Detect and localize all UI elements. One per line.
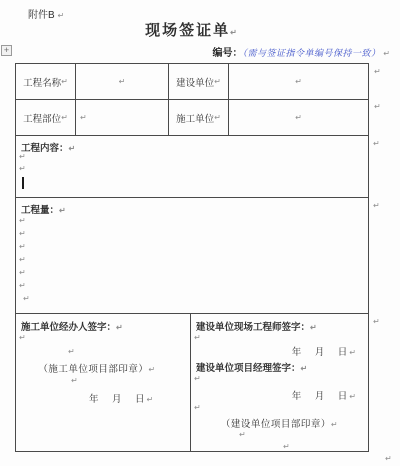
row-end-mark: ↵	[373, 202, 380, 210]
paragraph-mark: ↵	[148, 365, 155, 374]
paragraph-mark: ↵	[194, 375, 201, 383]
paragraph-mark: ↵	[19, 165, 26, 173]
paragraph-mark: ↵	[68, 348, 75, 356]
table-move-handle-icon[interactable]: +	[1, 45, 12, 56]
paragraph-mark: ↵	[194, 334, 201, 342]
paragraph-mark: ↵	[80, 114, 87, 122]
page-title: 现场签证单↵	[0, 19, 384, 40]
document-page: 附件B ↵ 现场签证单↵ 编号：（需与签证指令单编号保持一致） ↵ + 工程名称…	[0, 0, 400, 466]
contractor-signature-cell[interactable]: 施工单位经办人签字：↵ ↵ ↵ （施工单位项目部印章）↵ ↵ 年 月 日↵	[16, 314, 191, 451]
paragraph-mark: ↵	[295, 114, 302, 122]
paragraph-mark: ↵	[19, 256, 26, 264]
project-content-row[interactable]: 工程内容：↵ ↵ ↵	[16, 136, 368, 198]
project-name-field[interactable]: ↵	[76, 64, 169, 99]
quantity-row[interactable]: 工程量：↵ ↵ ↵ ↵ ↵ ↵ ↵ ↵	[16, 198, 368, 314]
paragraph-mark: ↵	[69, 144, 76, 153]
contractor-sign-label: 施工单位经办人签字：↵	[21, 319, 123, 333]
paragraph-mark: ↵	[19, 243, 26, 251]
paragraph-mark: ↵	[23, 295, 30, 303]
row-end-mark: ↵	[385, 455, 392, 463]
project-name-label: 工程名称↵	[16, 64, 76, 99]
paragraph-mark: ↵	[349, 348, 358, 357]
paragraph-mark: ↵	[295, 78, 302, 86]
form-number-line: 编号：（需与签证指令单编号保持一致） ↵	[213, 44, 391, 59]
paragraph-mark: ↵	[283, 443, 290, 451]
row-end-mark: ↵	[373, 140, 380, 148]
paragraph-mark: ↵	[301, 364, 308, 373]
paragraph-mark: ↵	[119, 78, 126, 86]
owner-seal-note: （建设单位项目部印章）↵	[191, 416, 368, 430]
number-label: 编号：	[213, 48, 243, 59]
project-content-label: 工程内容：↵	[21, 140, 75, 154]
paragraph-mark: ↵	[71, 377, 78, 385]
paragraph-mark: ↵	[214, 114, 221, 122]
row-end-mark: ↵	[374, 103, 381, 111]
paragraph-mark: ↵	[19, 269, 26, 277]
paragraph-mark: ↵	[310, 323, 317, 332]
paragraph-mark: ↵	[331, 420, 338, 429]
paragraph-mark: ↵	[230, 28, 239, 37]
title-text: 现场签证单	[145, 22, 230, 39]
project-part-field[interactable]: ↵	[76, 100, 169, 135]
contractor-date: 年 月 日↵	[89, 391, 155, 405]
signature-row: 施工单位经办人签字：↵ ↵ ↵ （施工单位项目部印章）↵ ↵ 年 月 日↵ 建设…	[16, 314, 368, 451]
contractor-unit-label: 施工单位↵	[169, 100, 229, 135]
paragraph-mark: ↵	[349, 392, 358, 401]
construction-unit-label: 建设单位↵	[169, 64, 229, 99]
owner-manager-sign-label: 建设单位项目经理签字：↵	[196, 360, 307, 374]
owner-manager-date: 年 月 日↵	[292, 388, 358, 402]
owner-engineer-sign-label: 建设单位现场工程师签字：↵	[196, 319, 317, 333]
paragraph-mark: ↵	[59, 206, 66, 215]
row-end-mark: ↵	[374, 68, 381, 76]
row-end-mark: ↵	[373, 318, 380, 326]
contractor-seal-note: （施工单位项目部印章）↵	[22, 361, 172, 375]
owner-signature-cell[interactable]: 建设单位现场工程师签字：↵ ↵ 年 月 日↵ 建设单位项目经理签字：↵ ↵ 年 …	[191, 314, 368, 451]
contractor-unit-field[interactable]: ↵	[229, 100, 368, 135]
paragraph-mark: ↵	[214, 78, 221, 86]
paragraph-mark: ↵	[19, 334, 26, 342]
project-part-label: 工程部位↵	[16, 100, 76, 135]
table-row: 工程名称↵ ↵ 建设单位↵ ↵	[16, 64, 368, 100]
paragraph-mark: ↵	[19, 230, 26, 238]
paragraph-mark: ↵	[194, 404, 201, 412]
paragraph-mark: ↵	[147, 395, 156, 404]
construction-unit-field[interactable]: ↵	[229, 64, 368, 99]
paragraph-mark: ↵	[19, 217, 26, 225]
paragraph-mark: ↵	[383, 49, 390, 58]
form-table: 工程名称↵ ↵ 建设单位↵ ↵ 工程部位↵ ↵ 施工单位↵	[15, 63, 369, 452]
text-cursor	[22, 177, 24, 189]
paragraph-mark: ↵	[19, 282, 26, 290]
paragraph-mark: ↵	[61, 78, 68, 86]
quantity-label: 工程量：↵	[21, 202, 66, 216]
paragraph-mark: ↵	[19, 153, 26, 161]
paragraph-mark: ↵	[61, 114, 68, 122]
number-note: （需与签证指令单编号保持一致）	[243, 48, 381, 58]
table-row: 工程部位↵ ↵ 施工单位↵ ↵	[16, 100, 368, 136]
owner-engineer-date: 年 月 日↵	[292, 344, 358, 358]
paragraph-mark: ↵	[239, 431, 246, 439]
paragraph-mark: ↵	[116, 323, 123, 332]
